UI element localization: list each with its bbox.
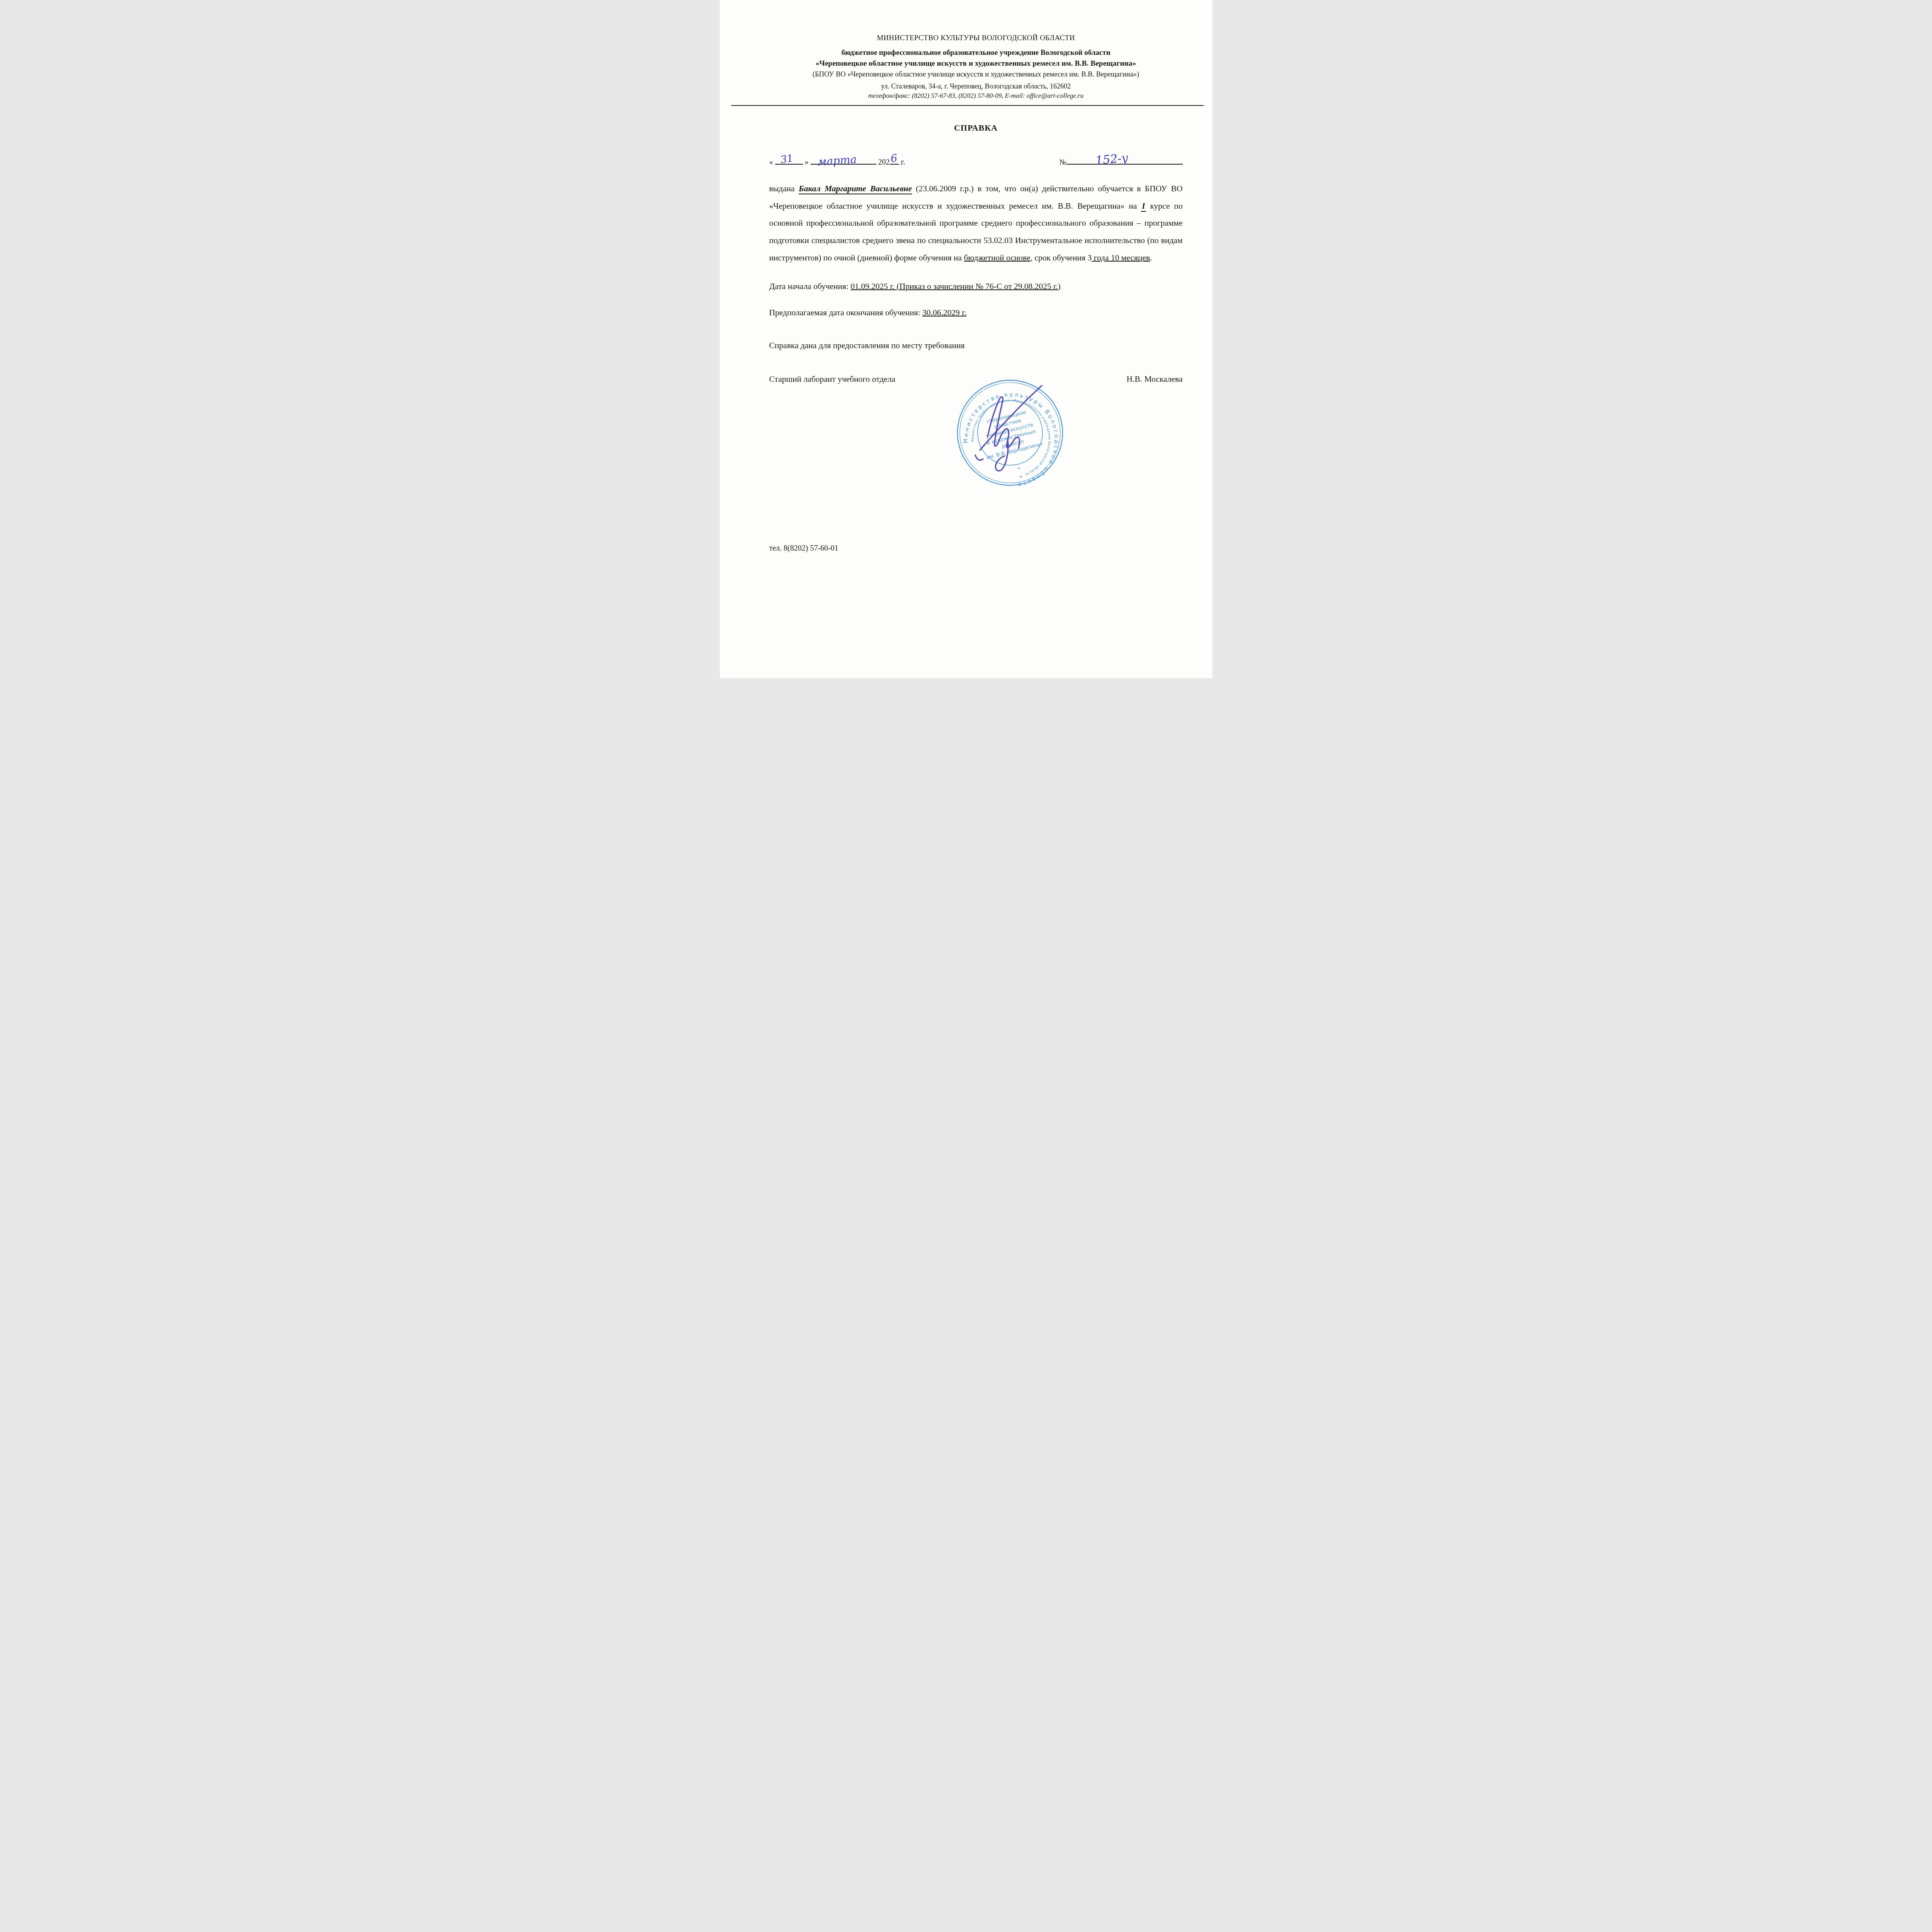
body-after-budget: срок обучения 3 — [1032, 253, 1092, 262]
budget-basis: бюджетной основе, — [964, 253, 1033, 262]
day-handwritten: 31 — [779, 153, 794, 166]
student-name: Бакал Маргарите Васильевне — [799, 184, 912, 194]
issue-date-group: « 31 » марта 2026 г. — [769, 155, 905, 167]
year-digit-blank: 6 — [890, 155, 899, 165]
close-quote: » — [805, 158, 809, 167]
open-quote: « — [769, 158, 773, 167]
study-duration: года 10 месяцев — [1092, 253, 1150, 262]
end-date-label: Предполагаемая дата окончания обучения: — [769, 308, 923, 317]
body-period: . — [1150, 253, 1152, 262]
month-blank: марта — [811, 155, 876, 165]
start-date-line: Дата начала обучения: 01.09.2025 г. (При… — [769, 280, 1183, 293]
svg-text:областное: областное — [993, 418, 1022, 430]
certificate-body: выдана Бакал Маргарите Васильевне (23.06… — [769, 180, 1183, 267]
stamp-star-outer: * — [1019, 474, 1023, 481]
signer-position: Старший лаборант учебного отдела — [769, 374, 896, 384]
course-number: I — [1141, 201, 1146, 212]
org-contacts-line: телефон/факс: (8202) 57-67-83, (8202) 57… — [769, 92, 1183, 100]
month-handwritten: марта — [817, 153, 857, 168]
day-blank: 31 — [775, 155, 803, 165]
stamp-outer-circle-2 — [952, 372, 1068, 493]
org-short-name-line: (БПОУ ВО «Череповецкое областное училище… — [769, 71, 1183, 79]
year-prefix: 202 — [878, 158, 890, 167]
signature-row: Старший лаборант учебного отдела Н.В. Мо… — [769, 374, 1183, 384]
footer-phone: тел. 8(8202) 57-60-01 — [769, 544, 838, 553]
issued-prefix: выдана — [769, 184, 799, 193]
stamp-outer-circle — [952, 371, 1068, 495]
ink-signature — [975, 386, 1042, 471]
document-page: МИНИСТЕРСТВО КУЛЬТУРЫ ВОЛОГОДСКОЙ ОБЛАСТ… — [720, 0, 1213, 678]
number-handwritten: 152-у — [1095, 151, 1129, 167]
end-date-line: Предполагаемая дата окончания обучения: … — [769, 306, 1183, 319]
official-stamp: Министерство культуры Вологодской област… — [952, 371, 1068, 495]
start-date-label: Дата начала обучения: — [769, 282, 851, 291]
stamp-inner-circle — [971, 393, 1049, 472]
svg-text:и художественных: и художественных — [986, 429, 1036, 446]
letterhead-divider — [731, 105, 1204, 106]
stamp-center-text: «Череповецкое областное училище искусств… — [977, 407, 1043, 461]
number-sign: № — [1059, 158, 1066, 167]
ministry-line: МИНИСТЕРСТВО КУЛЬТУРЫ ВОЛОГОДСКОЙ ОБЛАСТ… — [769, 34, 1183, 43]
purpose-line: Справка дана для предоставления по месту… — [769, 341, 1183, 350]
stamp-graphic: Министерство культуры Вологодской област… — [952, 371, 1068, 495]
year-digit-handwritten: 6 — [890, 152, 898, 165]
signer-name: Н.В. Москалева — [1127, 374, 1183, 384]
stamp-star-inner: * — [1017, 466, 1021, 473]
document-title: СПРАВКА — [769, 123, 1183, 133]
svg-text:им. В.В. Верещагина»: им. В.В. Верещагина» — [986, 441, 1043, 461]
org-name-line: «Череповецкое областное училище искусств… — [769, 60, 1183, 68]
year-suffix: г. — [901, 158, 905, 167]
org-type-line: бюджетное профессиональное образовательн… — [769, 49, 1183, 57]
number-blank: 152-у — [1067, 153, 1183, 165]
stamp-ring-inner-text: бюджетное профессиональное образовательн… — [963, 390, 1060, 487]
stamp-ring-outer-text: Министерство культуры Вологодской област… — [953, 381, 1068, 495]
svg-text:«Череповецкое: «Череповецкое — [985, 410, 1026, 425]
end-date-value: 30.06.2029 г. — [922, 308, 966, 317]
doc-number-group: №152-у — [1059, 153, 1182, 167]
start-date-value: 01.09.2025 г. (Приказ о зачислении № 76-… — [850, 282, 1061, 291]
org-address-line: ул. Сталеваров, 34-а, г. Череповец, Воло… — [769, 82, 1183, 90]
svg-text:училище искусств: училище искусств — [985, 422, 1034, 439]
letterhead: МИНИСТЕРСТВО КУЛЬТУРЫ ВОЛОГОДСКОЙ ОБЛАСТ… — [769, 34, 1183, 106]
svg-text:ремесел: ремесел — [1001, 439, 1024, 449]
date-number-row: « 31 » марта 2026 г. №152-у — [769, 153, 1183, 167]
